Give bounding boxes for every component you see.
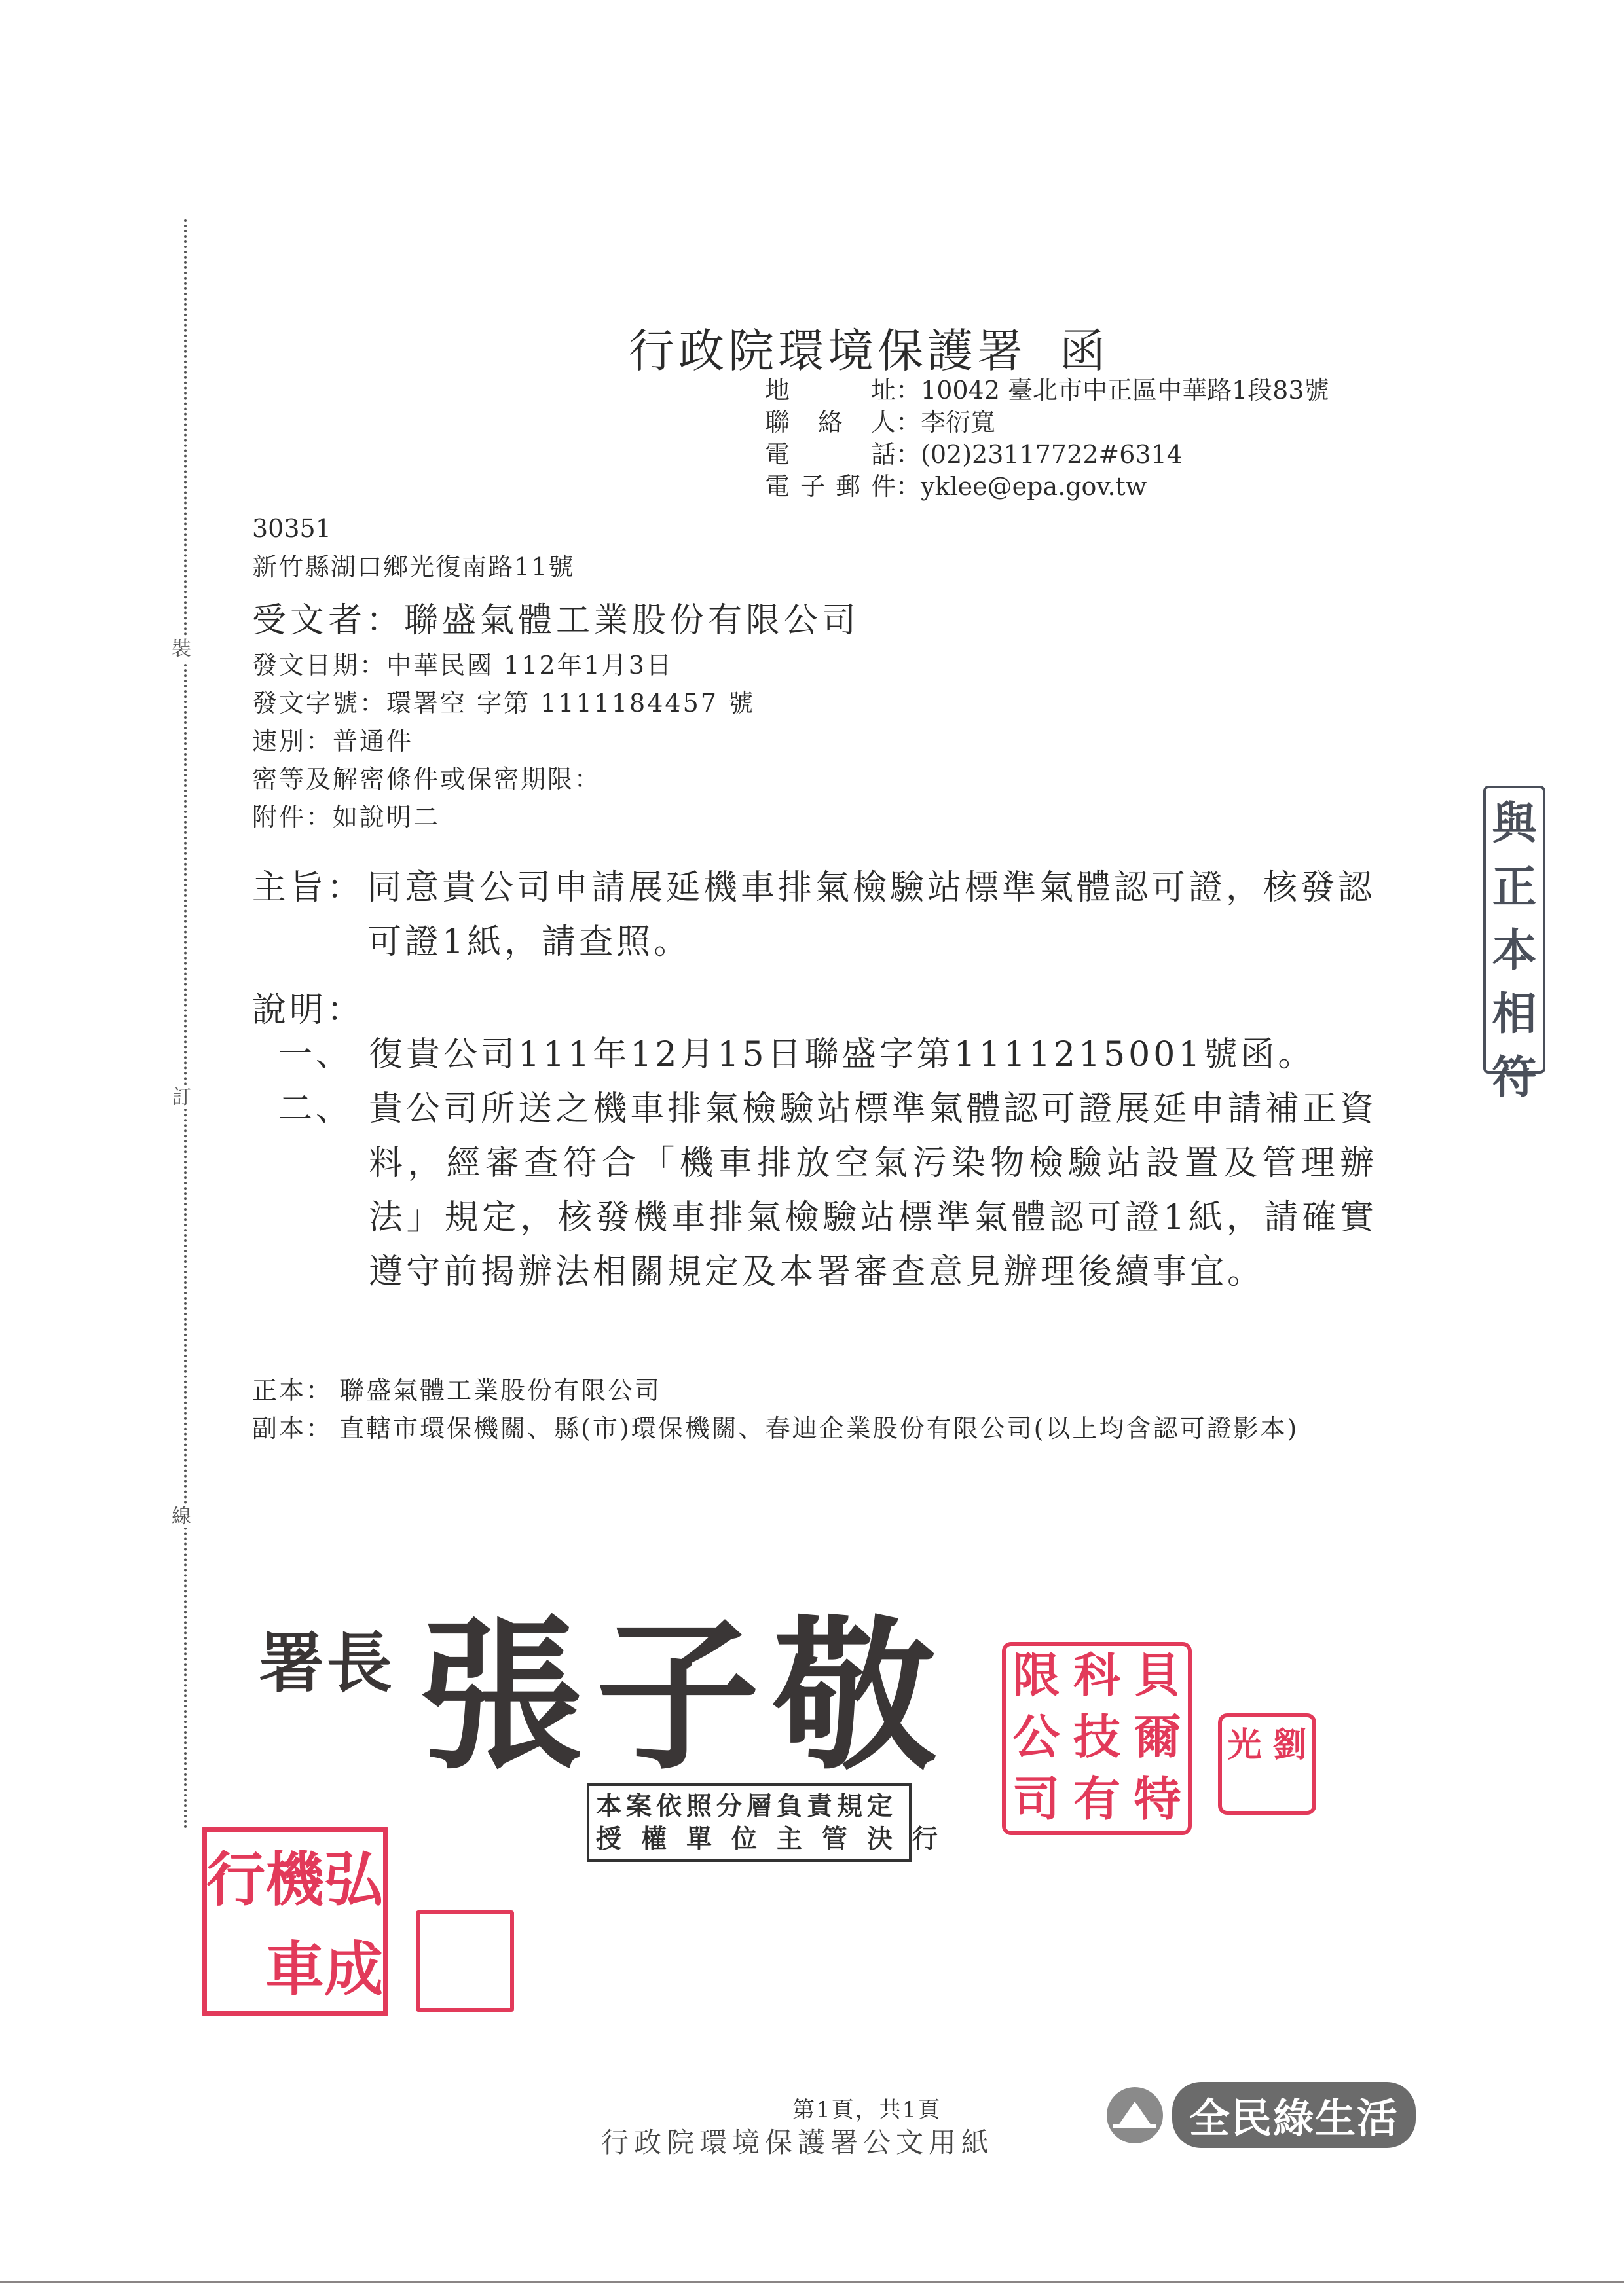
contact-value: yklee@epa.gov.tw — [921, 471, 1147, 503]
subject-text: 同意貴公司申請展延機車排氣檢驗站標準氣體認可證，核發認可證1紙，請查照。 — [367, 861, 1389, 970]
carbon-copy: 副本： 直轄市環保機關、縣(市)環保機關、春迪企業股份有限公司(以上均含認可證影… — [252, 1410, 1413, 1448]
subject-section: 主旨： 同意貴公司申請展延機車排氣檢驗站標準氣體認可證，核發認可證1紙，請查照。 — [252, 861, 1389, 970]
explanation-label: 說明： — [252, 982, 364, 1031]
item-text: 復貴公司111年12月15日聯盛字第1111215001號函。 — [369, 1028, 1377, 1082]
recipient-zip: 30351 — [252, 514, 331, 543]
representative-seal-stamp: 劉 光 — [1218, 1713, 1316, 1815]
item-text: 貴公司所送之機車排氣檢驗站標準氣體認可證展延申請補正資料，經審查符合「機車排放空… — [369, 1082, 1377, 1300]
contact-value: (02)23117722#6314 — [921, 439, 1183, 471]
item-number: 二、 — [278, 1082, 369, 1300]
green-living-logo: 全民綠生活 — [1107, 2082, 1416, 2148]
contact-person: 聯絡人：李衍寬 — [765, 407, 1329, 439]
document-type: 函 — [1060, 324, 1109, 378]
official-paper-label: 行政院環境保護署公文用紙 — [601, 2121, 994, 2160]
binding-dotted-line — [184, 219, 187, 1830]
subject-label: 主旨： — [252, 861, 367, 970]
contact-label: 地址 — [765, 374, 896, 407]
logo-text: 全民綠生活 — [1172, 2082, 1416, 2148]
document-title: 行政院環境保護署函 — [629, 314, 1109, 380]
delegation-line-1: 本案依照分層負責規定 — [596, 1790, 902, 1823]
explanation-item: 一、 復貴公司111年12月15日聯盛字第1111215001號函。 — [278, 1028, 1377, 1082]
meta-attachment: 附件：如說明二 — [252, 798, 755, 836]
binding-char-xian: 線 — [172, 1506, 191, 1528]
contact-label: 電話 — [765, 439, 896, 471]
certified-copy-stamp: 與 正 本 相 符 — [1483, 786, 1545, 1074]
contact-email: 電子郵件：yklee@epa.gov.tw — [765, 471, 1329, 503]
mountain-logo-icon — [1107, 2087, 1163, 2143]
meta-urgency: 速別：普通件 — [252, 722, 755, 760]
contact-block: 地址：10042 臺北市中正區中華路1段83號 聯絡人：李衍寬 電話：(02)2… — [765, 374, 1329, 503]
item-number: 一、 — [278, 1028, 369, 1082]
contact-value: 李衍寬 — [921, 407, 995, 439]
signatory-title: 署長 — [259, 1611, 395, 1705]
meta-classification: 密等及解密條件或保密期限： — [252, 760, 755, 798]
company-seal-stamp: 貝爾特 科技有 限公司 — [1002, 1642, 1192, 1835]
recipient-label: 受文者： — [252, 601, 404, 640]
shop-seal-stamp: 弘成 機車 行 — [202, 1827, 388, 2016]
delegation-line-2: 授權單位主管決行 — [596, 1823, 902, 1855]
contact-phone: 電話：(02)23117722#6314 — [765, 439, 1329, 471]
explanation-list: 一、 復貴公司111年12月15日聯盛字第1111215001號函。 二、 貴公… — [278, 1028, 1377, 1300]
contact-address: 地址：10042 臺北市中正區中華路1段83號 — [765, 374, 1329, 407]
contact-label: 聯絡人 — [765, 407, 896, 439]
bottom-scan-edge — [0, 2281, 1624, 2283]
meta-doc-number: 發文字號：環署空 字第 1111184457 號 — [252, 684, 755, 722]
recipient-address: 新竹縣湖口鄉光復南路11號 — [252, 547, 574, 583]
meta-issue-date: 發文日期：中華民國 112年1月3日 — [252, 646, 755, 684]
recipient-line: 受文者：聯盛氣體工業股份有限公司 — [252, 592, 860, 642]
distribution-list: 正本： 聯盛氣體工業股份有限公司 副本： 直轄市環保機關、縣(市)環保機關、春迪… — [252, 1372, 1413, 1448]
page-indicator: 第1頁，共1頁 — [792, 2092, 941, 2124]
binding-char-zhuang: 裝 — [172, 638, 191, 661]
delegation-notice-box: 本案依照分層負責規定 授權單位主管決行 — [587, 1783, 912, 1862]
shop-owner-seal-stamp — [416, 1910, 514, 2012]
contact-label: 電子郵件 — [765, 471, 896, 503]
original-copy: 正本： 聯盛氣體工業股份有限公司 — [252, 1372, 1413, 1410]
agency-name: 行政院環境保護署 — [629, 324, 1027, 378]
signatory-name: 張子敬 — [419, 1565, 950, 1800]
document-meta: 發文日期：中華民國 112年1月3日 發文字號：環署空 字第 111118445… — [252, 646, 755, 836]
contact-value: 10042 臺北市中正區中華路1段83號 — [921, 374, 1329, 407]
explanation-item: 二、 貴公司所送之機車排氣檢驗站標準氣體認可證展延申請補正資料，經審查符合「機車… — [278, 1082, 1377, 1300]
recipient-name: 聯盛氣體工業股份有限公司 — [404, 601, 860, 640]
binding-char-ding: 訂 — [172, 1087, 191, 1109]
